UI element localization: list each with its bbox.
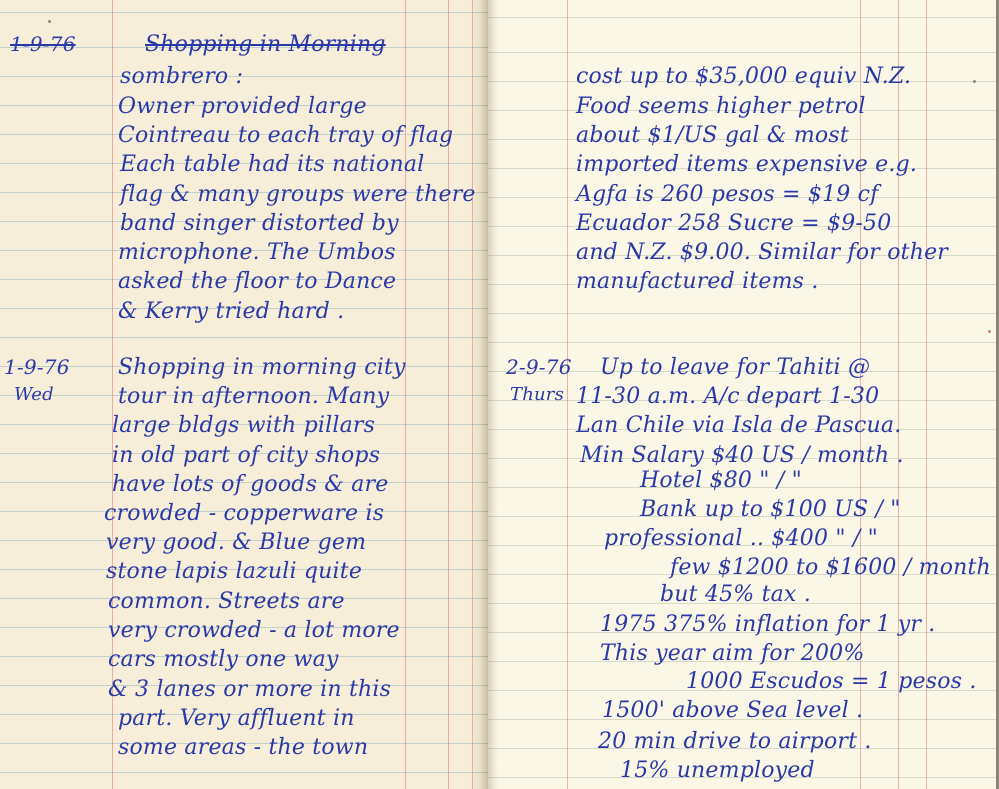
text-line: crowded - copperware is <box>104 499 384 528</box>
text-line: imported items expensive e.g. <box>576 150 917 179</box>
text-line: 1975 375% inflation for 1 yr . <box>600 610 935 639</box>
text-line: stone lapis lazuli quite <box>106 557 362 586</box>
text-line: 15% unemployed <box>620 756 815 785</box>
text-line: flag & many groups were there <box>120 180 476 209</box>
text-line: and N.Z. $9.00. Similar for other <box>576 238 948 267</box>
text-line: asked the floor to Dance <box>118 267 396 296</box>
entry-weekday: Wed <box>14 380 54 409</box>
text-line: common. Streets are <box>108 587 345 616</box>
text-line: microphone. The Umbos <box>118 238 396 267</box>
text-line: part. Very affluent in <box>118 704 355 733</box>
column-line <box>448 0 449 789</box>
text-line: very good. & Blue gem <box>106 528 366 557</box>
text-line: 20 min drive to airport . <box>598 727 872 756</box>
text-line: 1000 Escudos = 1 pesos . <box>686 667 977 696</box>
text-line: Lan Chile via Isla de Pascua. <box>576 411 901 440</box>
text-line: cars mostly one way <box>108 645 339 674</box>
text-line: 1500' above Sea level . <box>602 696 863 725</box>
text-line: & 3 lanes or more in this <box>108 675 391 704</box>
margin-line <box>567 0 568 789</box>
text-line: large bldgs with pillars <box>112 411 375 440</box>
text-line: This year aim for 200% <box>600 639 864 668</box>
struck-heading: Shopping in Morning <box>145 30 386 59</box>
right-notebook-page: cost up to $35,000 equiv N.Z. Food seems… <box>488 0 999 789</box>
text-line: have lots of goods & are <box>112 470 388 499</box>
paper-speck <box>973 80 976 83</box>
left-notebook-page: 1-9-76 Shopping in Morning sombrero : Ow… <box>0 0 488 789</box>
entry-date: 1-9-76 <box>4 353 70 382</box>
text-line: Shopping in morning city <box>118 353 406 382</box>
text-line: Hotel $80 " / " <box>640 466 802 495</box>
text-line: & Kerry tried hard . <box>118 297 344 326</box>
text-line: Food seems higher petrol <box>576 92 866 121</box>
text-line: Each table had its national <box>120 150 424 179</box>
column-line <box>405 0 406 789</box>
text-line: some areas - the town <box>118 733 368 762</box>
text-line: 11-30 a.m. A/c depart 1-30 <box>576 382 879 411</box>
text-line: Cointreau to each tray of flag <box>118 121 453 150</box>
struck-date: 1-9-76 <box>10 30 76 59</box>
entry-date: 2-9-76 <box>506 353 572 382</box>
text-line: very crowded - a lot more <box>108 616 400 645</box>
text-line: tour in afternoon. Many <box>118 382 389 411</box>
paper-speck <box>48 20 51 23</box>
text-line: Agfa is 260 pesos = $19 cf <box>576 180 879 209</box>
text-line: Up to leave for Tahiti @ <box>600 353 870 382</box>
column-line <box>472 0 473 789</box>
text-line: manufactured items . <box>576 267 819 296</box>
paper-speck <box>988 330 991 333</box>
text-line: sombrero : <box>120 62 243 91</box>
text-line: but 45% tax . <box>660 580 811 609</box>
text-line: few $1200 to $1600 / month <box>670 553 991 582</box>
text-line: professional .. $400 " / " <box>604 524 878 553</box>
text-line: Ecuador 258 Sucre = $9-50 <box>576 209 891 238</box>
text-line: band singer distorted by <box>120 209 399 238</box>
text-line: Bank up to $100 US / " <box>640 495 901 524</box>
text-line: cost up to $35,000 equiv N.Z. <box>576 62 911 91</box>
text-line: about $1/US gal & most <box>576 121 849 150</box>
text-line: in old part of city shops <box>112 441 380 470</box>
text-line: Owner provided large <box>118 92 367 121</box>
entry-weekday: Thurs <box>510 380 564 409</box>
